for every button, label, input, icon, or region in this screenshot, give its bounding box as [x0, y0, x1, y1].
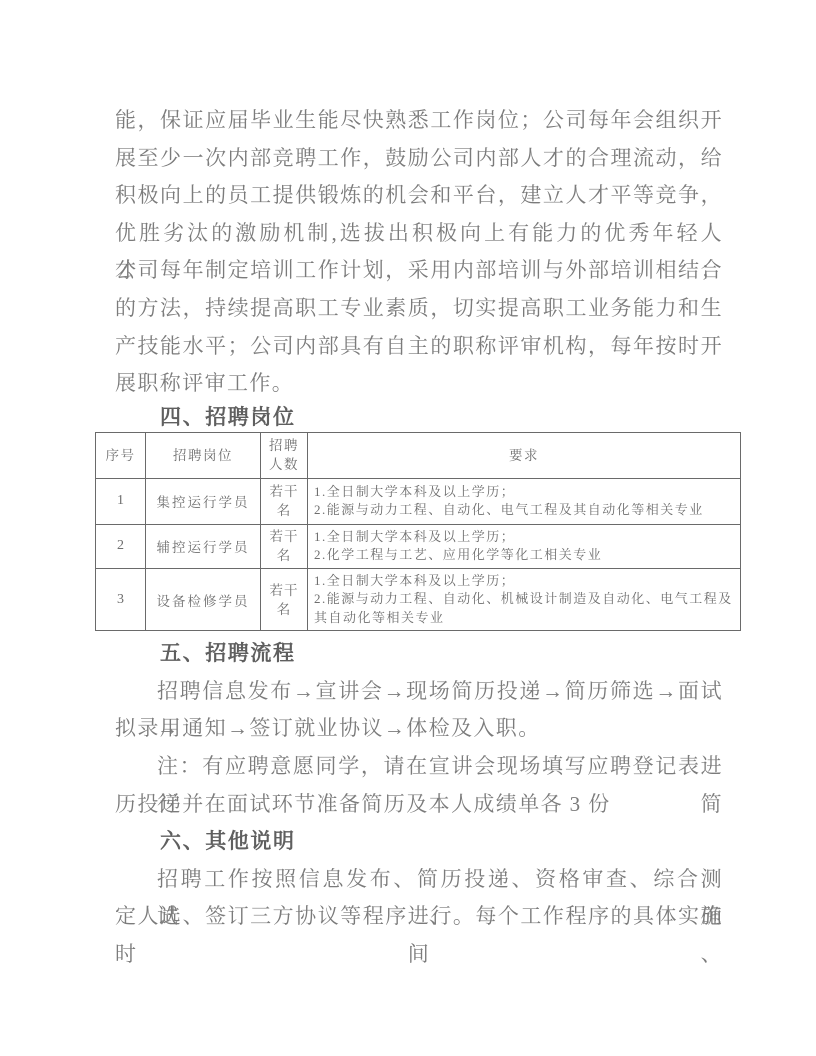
cell-position: 辅控运行学员: [146, 524, 261, 568]
document-content: 能，保证应届毕业生能尽快熟悉工作岗位；公司每年会组织开 展至少一次内部竞聘工作，…: [115, 102, 723, 936]
cell-position: 集控运行学员: [146, 478, 261, 524]
paragraph-line: 积极向上的员工提供锻炼的机会和平台，建立人才平等竞争，: [115, 177, 723, 215]
table-row: 2 辅控运行学员 若干名 1.全日制大学本科及以上学历； 2.化学工程与工艺、应…: [96, 524, 741, 568]
table-header-row: 序号 招聘岗位 招聘人数 要求: [96, 432, 741, 478]
other-notes-line: 定人选、签订三方协议等程序进行。每个工作程序的具体实施时间、: [115, 898, 723, 936]
requirement-line: 1.全日制大学本科及以上学历；: [314, 483, 734, 502]
header-cell-position: 招聘岗位: [146, 432, 261, 478]
cell-count: 若干名: [261, 568, 308, 631]
header-cell-requirements: 要求: [308, 432, 741, 478]
paragraph-training: 能，保证应届毕业生能尽快熟悉工作岗位；公司每年会组织开 展至少一次内部竞聘工作，…: [115, 102, 723, 403]
paragraph-line: 展至少一次内部竞聘工作，鼓励公司内部人才的合理流动，给: [115, 140, 723, 178]
table-row: 3 设备检修学员 若干名 1.全日制大学本科及以上学历； 2.能源与动力工程、自…: [96, 568, 741, 631]
section-heading-other: 六、其他说明: [115, 823, 723, 861]
cell-index: 3: [96, 568, 146, 631]
cell-count: 若干名: [261, 478, 308, 524]
cell-count: 若干名: [261, 524, 308, 568]
cell-index: 2: [96, 524, 146, 568]
paragraph-line: 优胜劣汰的激励机制,选拔出积极向上有能力的优秀年轻人才；: [115, 215, 723, 253]
note-line: 注：有应聘意愿同学，请在宣讲会现场填写应聘登记表进行简: [115, 748, 723, 786]
section-recruitment-process: 五、招聘流程 招聘信息发布→宣讲会→现场简历投递→简历筛选→面试→ 拟录用通知→…: [115, 635, 723, 936]
process-flow-line: 招聘信息发布→宣讲会→现场简历投递→简历筛选→面试→: [115, 673, 723, 711]
cell-requirements: 1.全日制大学本科及以上学历； 2.化学工程与工艺、应用化学等化工相关专业: [308, 524, 741, 568]
paragraph-line: 公司每年制定培训工作计划，采用内部培训与外部培训相结合: [115, 252, 723, 290]
requirement-line: 2.化学工程与工艺、应用化学等化工相关专业: [314, 546, 734, 565]
cell-position: 设备检修学员: [146, 568, 261, 631]
header-cell-index: 序号: [96, 432, 146, 478]
requirement-line: 2.能源与动力工程、自动化、电气工程及其自动化等相关专业: [314, 501, 734, 520]
requirement-line: 1.全日制大学本科及以上学历；: [314, 528, 734, 547]
paragraph-line: 展职称评审工作。: [115, 365, 723, 403]
paragraph-line: 的方法，持续提高职工专业素质，切实提高职工业务能力和生: [115, 290, 723, 328]
header-cell-count: 招聘人数: [261, 432, 308, 478]
paragraph-line: 能，保证应届毕业生能尽快熟悉工作岗位；公司每年会组织开: [115, 102, 723, 140]
table-row: 1 集控运行学员 若干名 1.全日制大学本科及以上学历； 2.能源与动力工程、自…: [96, 478, 741, 524]
requirement-line: 2.能源与动力工程、自动化、机械设计制造及自动化、电气工程及其自动化等相关专业: [314, 590, 734, 627]
positions-table: 序号 招聘岗位 招聘人数 要求 1 集控运行学员 若干名 1.全日制大学本科及以…: [95, 432, 741, 632]
cell-requirements: 1.全日制大学本科及以上学历； 2.能源与动力工程、自动化、机械设计制造及自动化…: [308, 568, 741, 631]
process-flow-line: 拟录用通知→签订就业协议→体检及入职。: [115, 710, 723, 748]
paragraph-line: 产技能水平；公司内部具有自主的职称评审机构，每年按时开: [115, 328, 723, 366]
cell-requirements: 1.全日制大学本科及以上学历； 2.能源与动力工程、自动化、电气工程及其自动化等…: [308, 478, 741, 524]
section-heading-positions: 四、招聘岗位: [115, 403, 723, 432]
document-page: 能，保证应届毕业生能尽快熟悉工作岗位；公司每年会组织开 展至少一次内部竞聘工作，…: [0, 0, 816, 1056]
requirement-line: 1.全日制大学本科及以上学历；: [314, 572, 734, 591]
other-notes-line: 招聘工作按照信息发布、简历投递、资格审查、综合测试、确: [115, 861, 723, 899]
cell-index: 1: [96, 478, 146, 524]
section-heading-process: 五、招聘流程: [115, 635, 723, 673]
